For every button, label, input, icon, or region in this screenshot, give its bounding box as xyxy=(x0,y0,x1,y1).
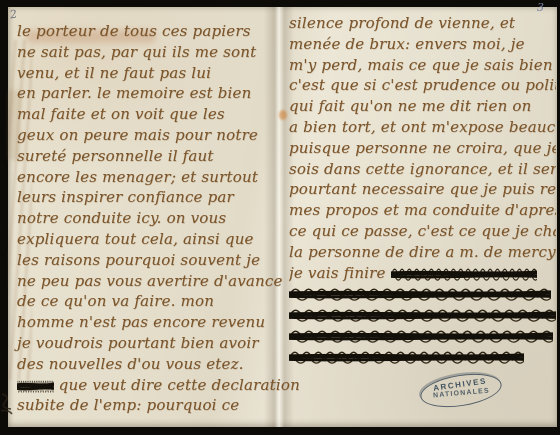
handwritten-line: ne sait pas, par qui ils me sont xyxy=(17,42,279,63)
handwriting-text: ce qui ce passe, c'est ce que je charge xyxy=(289,222,556,240)
handwriting-text: menée de brux: envers moi, je xyxy=(289,35,525,53)
handwritten-line: geux on peure mais pour notre xyxy=(17,125,279,146)
handwriting-text: venu, et il ne faut pas lui xyxy=(17,64,211,82)
strikethrough-scribble xyxy=(289,285,551,302)
handwriting-text: sois dans cette ignorance, et il seroit xyxy=(289,160,556,178)
handwritten-line: venu, et il ne faut pas lui xyxy=(17,63,279,84)
handwritten-line: mal faite et on voit que les xyxy=(17,104,279,125)
handwritten-line: encore les menager; et surtout xyxy=(17,167,279,188)
handwriting-text: ne sait pas, par qui ils me sont xyxy=(17,43,256,61)
redacted-line xyxy=(289,304,556,325)
handwriting-text: qui fait qu'on ne me dit rien on xyxy=(289,97,532,115)
handwriting-text: le porteur de tous ces papiers xyxy=(17,22,251,40)
right-page-text: silence profond de vienne, etmenée de br… xyxy=(289,13,556,367)
handwritten-line: leurs inspirer confiance par xyxy=(17,187,279,208)
handwriting-text: de ce qu'on va faire. mon xyxy=(17,292,214,310)
left-page-text: le porteur de tous ces papiersne sait pa… xyxy=(17,21,279,416)
handwritten-line: des nouvelles d'ou vous etez. xyxy=(17,354,279,375)
handwriting-text: puisque personne ne croira, que je xyxy=(289,139,556,157)
handwritten-line: a bien tort, et ont m'expose beaucoup xyxy=(289,117,556,138)
handwriting-text: pourtant necessaire que je puis regler xyxy=(289,180,556,198)
handwriting-text: c'est que si c'est prudence ou politique xyxy=(289,76,556,94)
edge-ink-mark xyxy=(0,391,16,417)
handwritten-line: les raisons pourquoi souvent je xyxy=(17,250,279,271)
handwriting-text: en parler. le memoire est bien xyxy=(17,84,251,102)
handwritten-line: que veut dire cette declaration xyxy=(17,375,279,396)
handwritten-line: expliquera tout cela, ainsi que xyxy=(17,229,279,250)
handwriting-text: m'y perd, mais ce que je sais bien xyxy=(289,56,553,74)
handwriting-text: homme n'est pas encore revenu xyxy=(17,313,265,331)
strikethrough-scribble xyxy=(17,377,54,394)
strikethrough-scribble xyxy=(289,348,524,365)
handwriting-text: mal faite et on voit que les xyxy=(17,105,225,123)
handwritten-line: en parler. le memoire est bien xyxy=(17,83,279,104)
strikethrough-scribble xyxy=(289,327,553,344)
handwritten-line: notre conduite icy. on vous xyxy=(17,208,279,229)
strikethrough-scribble xyxy=(391,265,538,282)
handwritten-line: c'est que si c'est prudence ou politique xyxy=(289,75,556,96)
handwriting-text: ne peu pas vous avertire d'avance xyxy=(17,272,283,290)
handwriting-text: mes propos et ma conduite d'apres xyxy=(289,201,556,219)
handwritten-line: sois dans cette ignorance, et il seroit xyxy=(289,159,556,180)
handwriting-text: sureté personnelle il faut xyxy=(17,147,214,165)
handwritten-line: puisque personne ne croira, que je xyxy=(289,138,556,159)
handwriting-text: je voudrois pourtant bien avoir xyxy=(17,334,259,352)
handwritten-line: subite de l'emp: pourquoi ce xyxy=(17,395,279,416)
handwritten-line: ne peu pas vous avertire d'avance xyxy=(17,271,279,292)
handwriting-text: geux on peure mais pour notre xyxy=(17,126,258,144)
handwritten-line: je voudrois pourtant bien avoir xyxy=(17,333,279,354)
handwritten-line: sureté personnelle il faut xyxy=(17,146,279,167)
handwriting-text: les raisons pourquoi souvent je xyxy=(17,251,260,269)
handwriting-text: expliquera tout cela, ainsi que xyxy=(17,230,254,248)
redacted-line xyxy=(289,283,556,304)
handwriting-text: subite de l'emp: pourquoi ce xyxy=(17,396,239,414)
handwritten-line: de ce qu'on va faire. mon xyxy=(17,291,279,312)
handwritten-line: la personne de dire a m. de mercy xyxy=(289,242,556,263)
handwriting-text: que veut dire cette declaration xyxy=(54,376,300,394)
handwritten-line: menée de brux: envers moi, je xyxy=(289,34,556,55)
handwritten-line: qui fait qu'on ne me dit rien on xyxy=(289,96,556,117)
redacted-line xyxy=(289,346,556,367)
handwriting-text: la personne de dire a m. de mercy xyxy=(289,243,556,261)
handwriting-text: notre conduite icy. on vous xyxy=(17,209,226,227)
redacted-line xyxy=(289,325,556,346)
strikethrough-scribble xyxy=(289,306,556,323)
handwritten-line: je vais finire xyxy=(289,263,556,284)
handwriting-text: leurs inspirer confiance par xyxy=(17,188,234,206)
handwriting-text: des nouvelles d'ou vous etez. xyxy=(17,355,244,373)
handwritten-line: m'y perd, mais ce que je sais bien xyxy=(289,55,556,76)
handwritten-line: pourtant necessaire que je puis regler xyxy=(289,179,556,200)
handwritten-line: ce qui ce passe, c'est ce que je charge xyxy=(289,221,556,242)
letter-scan: 2 3 le porteur de tous ces papiersne sai… xyxy=(0,0,560,435)
handwriting-text: encore les menager; et surtout xyxy=(17,168,258,186)
handwriting-text: a bien tort, et ont m'expose beaucoup xyxy=(289,118,556,136)
handwritten-line: le porteur de tous ces papiers xyxy=(17,21,279,42)
handwritten-line: homme n'est pas encore revenu xyxy=(17,312,279,333)
handwriting-text: je vais finire xyxy=(289,264,391,282)
handwriting-text: silence profond de vienne, et xyxy=(289,14,515,32)
handwritten-line: silence profond de vienne, et xyxy=(289,13,556,34)
handwritten-line: mes propos et ma conduite d'apres xyxy=(289,200,556,221)
